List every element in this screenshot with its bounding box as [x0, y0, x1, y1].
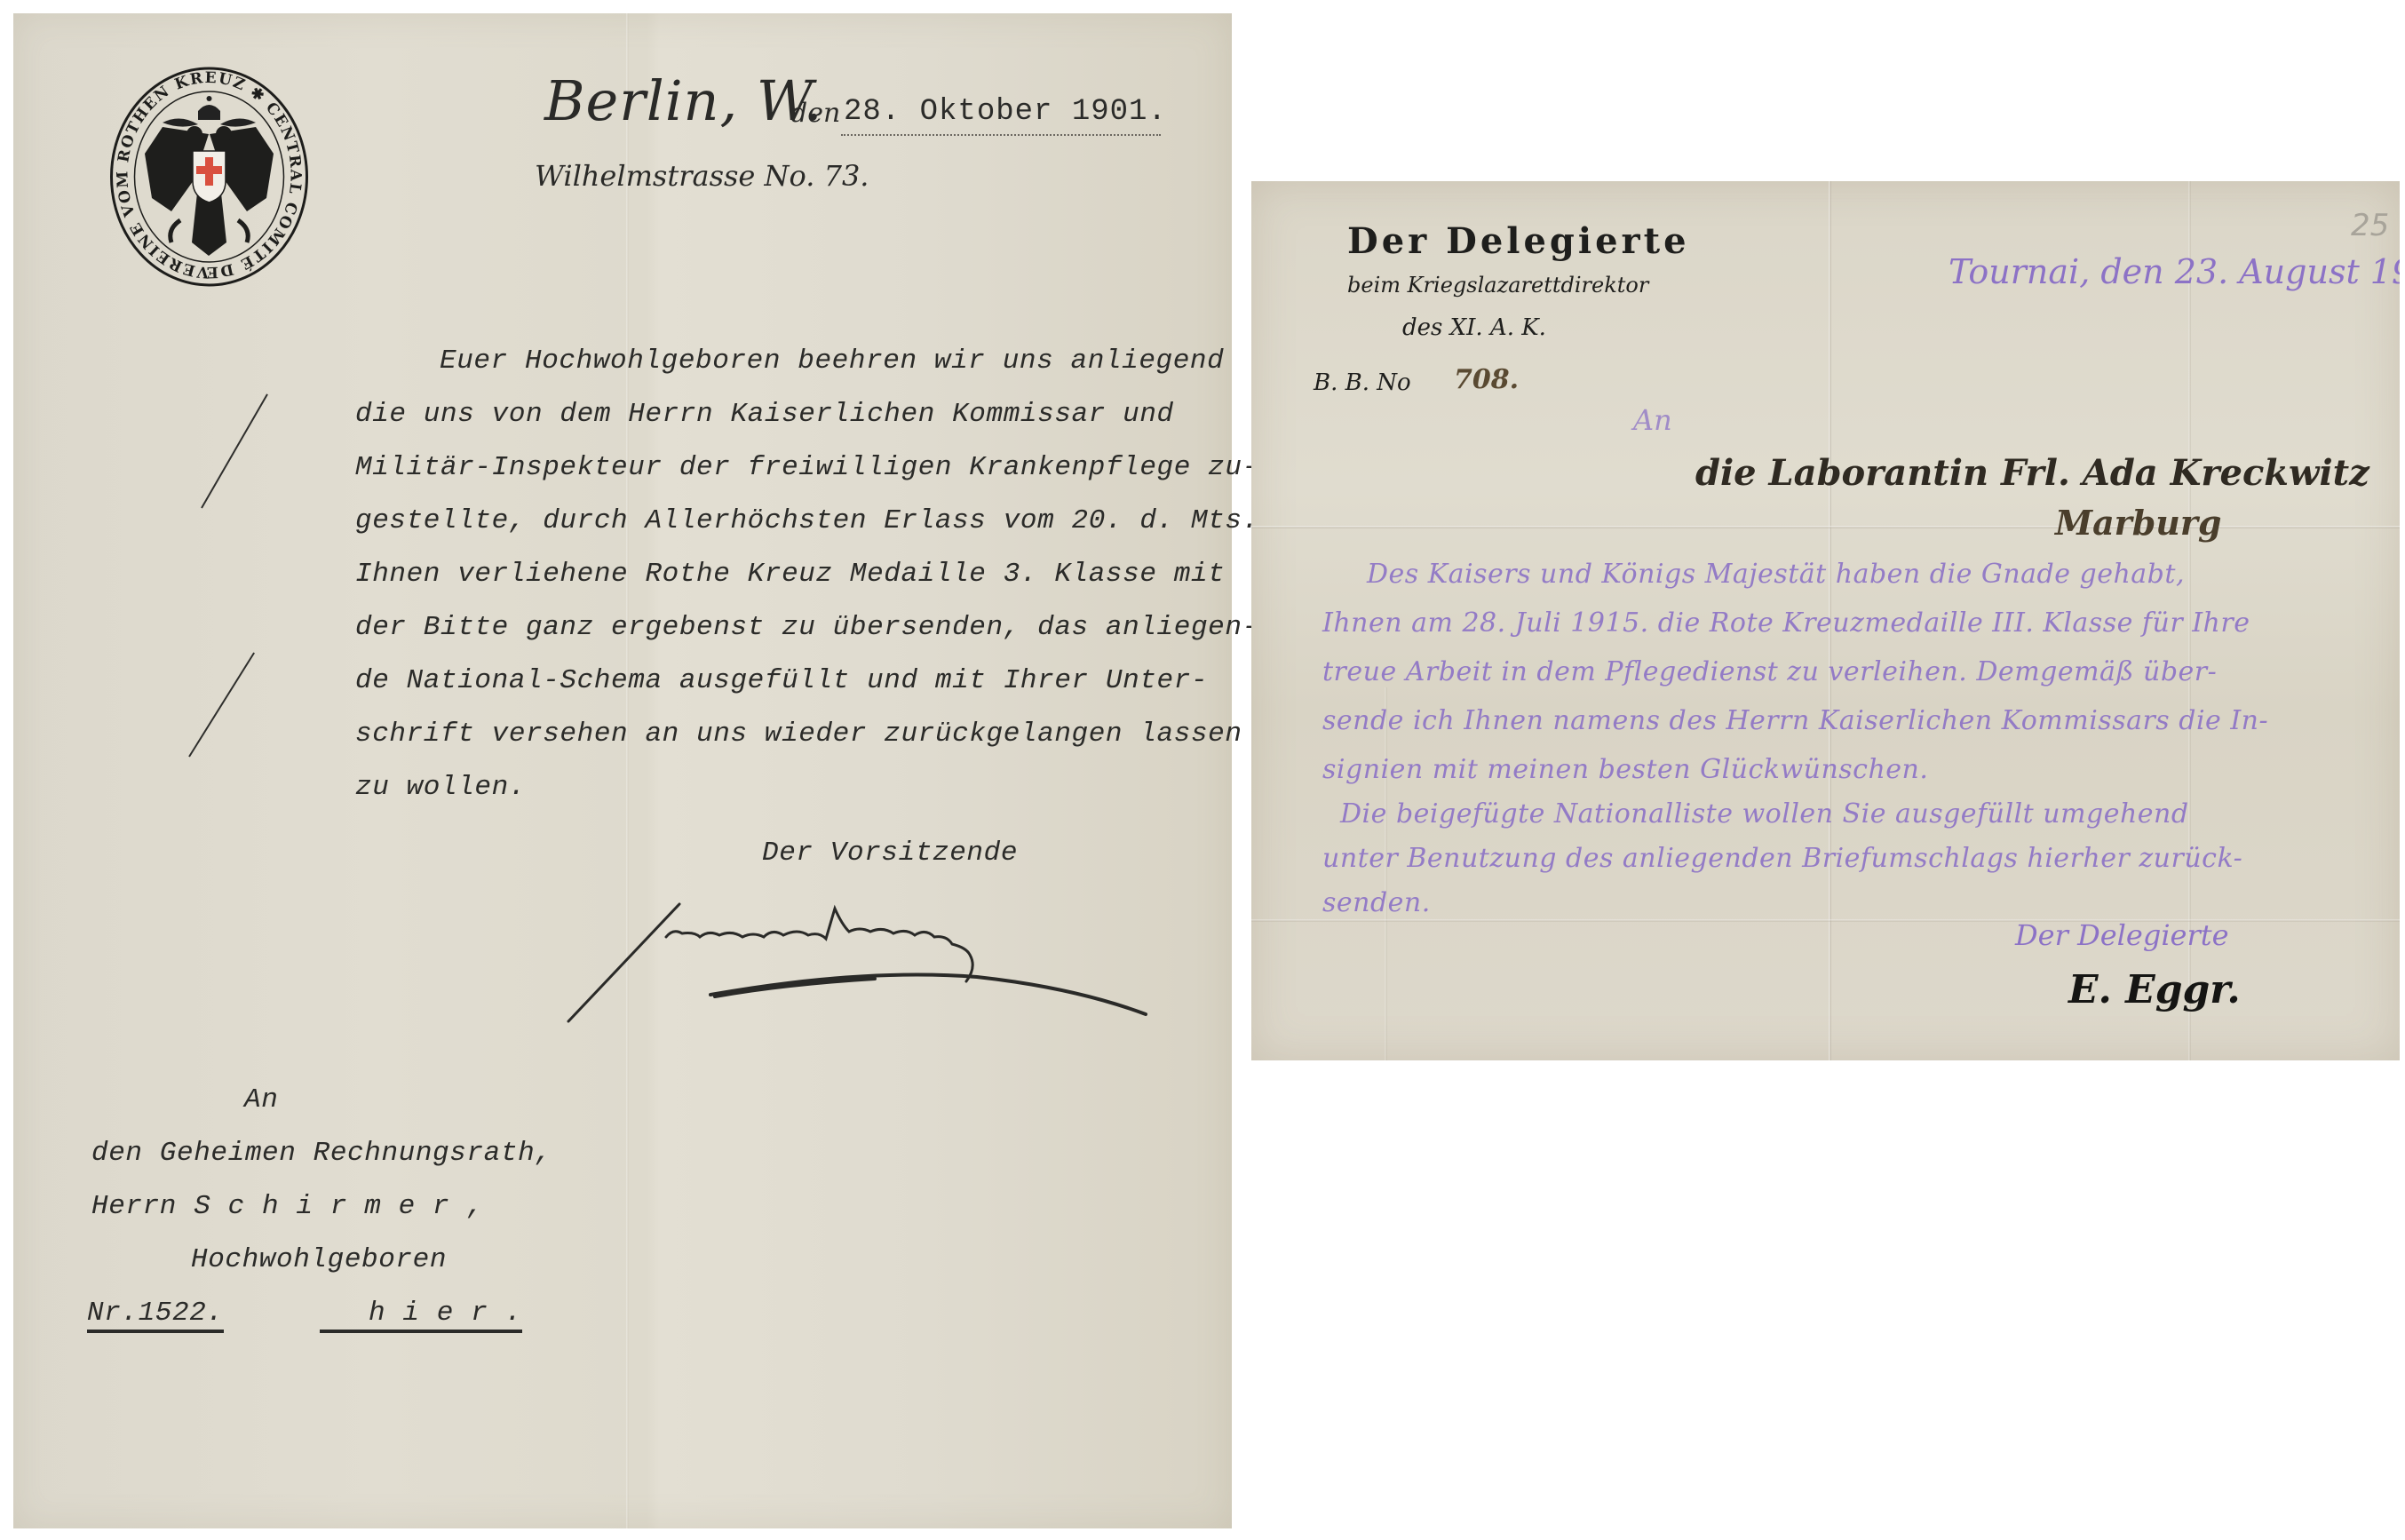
paper-fold	[626, 13, 629, 1528]
address-line: Herrn S c h i r m e r ,	[91, 1191, 484, 1222]
reference-number: 708.	[1454, 364, 1519, 395]
body-line: de National-Schema ausgefüllt und mit Ih…	[355, 665, 1208, 696]
body-line: treue Arbeit in dem Pflegedienst zu verl…	[1322, 656, 2217, 687]
body-line: senden.	[1322, 887, 1431, 918]
body-line: Ihnen verliehene Rothe Kreuz Medaille 3.…	[355, 559, 1225, 590]
paper-crease	[1251, 526, 2400, 528]
body-line: der Bitte ganz ergebenst zu übersenden, …	[355, 612, 1259, 643]
closing-title: Der Delegierte	[2015, 918, 2229, 952]
body-line: gestellte, durch Allerhöchsten Erlass vo…	[355, 505, 1259, 536]
letter-1915-delegate: Der Delegierte beim Kriegslazarettdirekt…	[1251, 181, 2400, 1060]
reference-number: Nr.1522.	[87, 1298, 224, 1333]
recipient-city: Marburg	[2055, 503, 2222, 543]
recipient-an: An	[1633, 403, 1672, 437]
address-an: An	[244, 1084, 278, 1115]
body-line: zu wollen.	[355, 772, 526, 803]
address-line: den Geheimen Rechnungsrath,	[91, 1138, 552, 1169]
margin-slash-mark	[201, 393, 268, 508]
handwritten-signature: E. Eggr.	[2068, 967, 2241, 1012]
letterhead-street: Wilhelmstrasse No. 73.	[535, 159, 869, 193]
reference-label: B. B. No	[1314, 369, 1411, 396]
letterhead-line: beim Kriegslazarettdirektor	[1347, 273, 1648, 298]
letter-date: 28. Oktober 1901.	[844, 95, 1167, 129]
handwritten-signature-icon	[560, 888, 1234, 1039]
letterhead-den: den	[790, 98, 840, 129]
body-line: Des Kaisers und Königs Majestät haben di…	[1367, 559, 2185, 590]
body-line: Militär-Inspekteur der freiwilligen Kran…	[355, 452, 1259, 483]
recipient-name: die Laborantin Frl. Ada Kreckwitz	[1695, 452, 2369, 494]
letterhead-line: des XI. A. K.	[1402, 314, 1546, 341]
margin-slash-mark	[188, 652, 255, 757]
red-cross-eagle-seal-icon: VEREINE VOM ROTHEN KREUZ ✱ CENTRAL COMIT…	[109, 65, 309, 289]
letter-date: Tournai, den 23. August 1915.	[1949, 252, 2400, 291]
body-line: Ihnen am 28. Juli 1915. die Rote Kreuzme…	[1322, 607, 2250, 639]
body-line: unter Benutzung des anliegenden Briefums…	[1322, 843, 2242, 874]
address-line: Hochwohlgeboren	[191, 1244, 447, 1275]
pencil-mark: 25	[2351, 208, 2389, 243]
date-dotted-line	[841, 134, 1161, 136]
body-line: Die beigefügte Nationalliste wollen Sie …	[1340, 798, 2189, 830]
closing-title: Der Vorsitzende	[762, 837, 1018, 869]
body-line: schrift versehen an uns wieder zurückgel…	[355, 718, 1242, 750]
letterhead-title: Der Delegierte	[1347, 220, 1690, 262]
address-hier: h i e r .	[320, 1298, 522, 1333]
letter-1901-red-cross: VEREINE VOM ROTHEN KREUZ ✱ CENTRAL COMIT…	[13, 13, 1232, 1528]
letterhead-place: Berlin, W.	[544, 68, 823, 133]
body-line: die uns von dem Herrn Kaiserlichen Kommi…	[355, 399, 1174, 430]
body-line: signien mit meinen besten Glückwünschen.	[1322, 754, 1928, 785]
body-line: Euer Hochwohlgeboren beehren wir uns anl…	[440, 345, 1224, 377]
body-line: sende ich Ihnen namens des Herrn Kaiserl…	[1322, 705, 2268, 736]
paper-crease	[1385, 687, 1387, 1060]
